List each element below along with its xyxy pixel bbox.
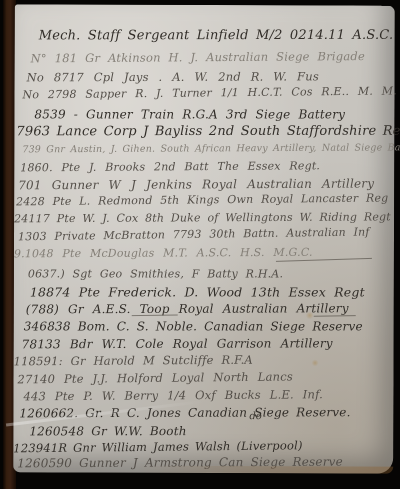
ledger-line: 123941R Gnr William James Walsh (Liverpo… [13, 438, 302, 455]
ledger-line: 739 Gnr Austin, J. Gihen. South African … [22, 142, 400, 155]
ledger-line: 9.1048 Pte McDouglas M.T. A.S.C. H.S. M.… [14, 246, 313, 261]
ledger-line: 8539 - Gunner Train R.G.A 3rd Siege Batt… [34, 107, 345, 121]
ledger-line: 2428 Pte L. Redmond 5th Kings Own Royal … [16, 191, 388, 208]
ledger-line: No 8717 Cpl Jays . A. W. 2nd R. W. Fus [27, 69, 319, 84]
ledger-line: 18874 Pte Frederick. D. Wood 13th Essex … [30, 284, 365, 299]
ledger-line: Mech. Staff Sergeant Linfield M/2 0214.1… [39, 28, 400, 44]
ledger-line: 78133 Bdr W.T. Cole Royal Garrison Artil… [22, 336, 333, 351]
ledger-line: 27140 Pte J.J. Holford Loyal North Lancs [17, 369, 293, 386]
ledger-line: 0637.) Sgt Geo Smithies, F Batty R.H.A. [28, 267, 283, 280]
ledger-line: 443 Pte P. W. Berry 1/4 Oxf Bucks L.E. I… [23, 387, 323, 403]
ledger-line: N° 181 Gr Atkinson H. J. Australian Sieg… [31, 49, 365, 65]
photo-frame: { "colors": { "background": "#060504", "… [0, 0, 400, 489]
ledger-line: 1260590 Gunner J Armstrong Can Siege Res… [17, 455, 343, 471]
book-page: Mech. Staff Sergeant Linfield M/2 0214.1… [13, 4, 395, 473]
ditto-mark: do [249, 411, 261, 422]
ledger-line: (788) Gr A.E.S. Toop Royal Australian Ar… [26, 301, 349, 316]
ledger-line: 1860. Pte J. Brooks 2nd Batt The Essex R… [20, 159, 320, 174]
ledger-line: 24117 Pte W. J. Cox 8th Duke of Wellingt… [14, 210, 391, 225]
ledger-line: No 2798 Sapper R. J. Turner 1/1 H.C.T. C… [22, 84, 396, 101]
pen-underline [314, 315, 356, 317]
ledger-line: 346838 Bom. C. S. Noble. Canadian Siege … [24, 319, 363, 333]
paper-stain [312, 359, 319, 366]
paper-stain [306, 311, 314, 319]
ledger-line: 701 Gunner W J Jenkins Royal Australian … [18, 176, 374, 192]
ledger-line: 1303 Private McBratton 7793 30th Battn. … [18, 225, 370, 243]
ledger-line: 118591: Gr Harold M Sutcliffe R.F.A [14, 353, 253, 369]
ledger-line: 1260548 Gr W.W. Booth [29, 424, 186, 438]
ledger-line: 7963 Lance Corp J Bayliss 2nd South Staf… [16, 124, 400, 140]
